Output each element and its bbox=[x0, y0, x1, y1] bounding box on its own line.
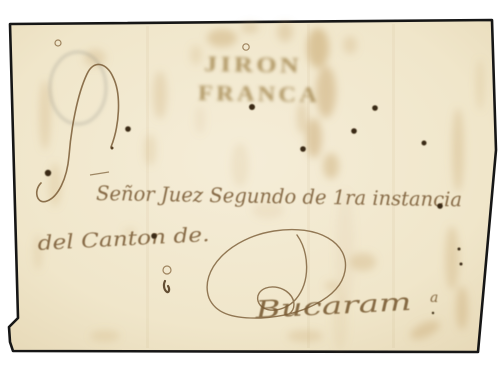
cover-photo: JIRON FRANCA Señor Juez Segundo de 1ra i… bbox=[0, 0, 500, 375]
postmark-line2: FRANCA bbox=[198, 80, 320, 107]
destination-superscript: a bbox=[430, 290, 438, 306]
postmark-line1: JIRON bbox=[204, 51, 302, 78]
cover-illustration: JIRON FRANCA Señor Juez Segundo de 1ra i… bbox=[0, 0, 500, 375]
flourish-endpoint bbox=[111, 147, 114, 150]
